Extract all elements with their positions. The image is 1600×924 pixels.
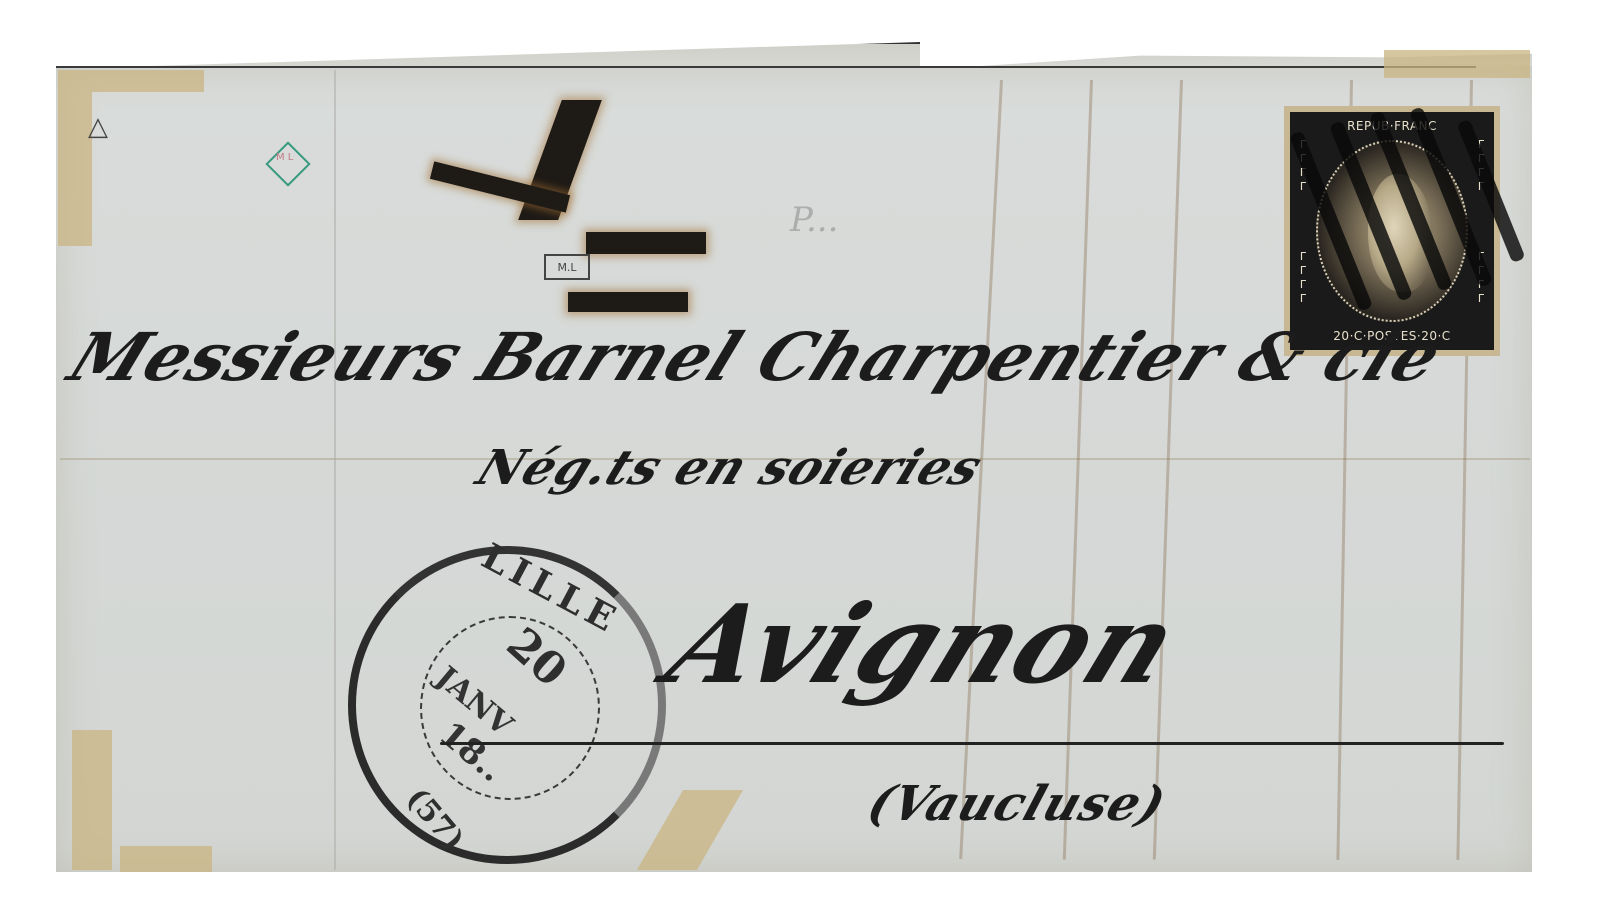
- cover-top-edge: [56, 66, 1476, 68]
- diamond-handstamp-text: M L: [276, 152, 293, 163]
- tape-remnant: [120, 846, 212, 872]
- pencil-triangle-mark: △: [88, 112, 108, 142]
- fold-line-vertical: [334, 70, 336, 870]
- pencil-note: P...: [790, 200, 838, 240]
- tape-remnant: [92, 70, 204, 92]
- lille-cds-postmark: LILLE 20 JANV 18.. (57): [348, 546, 666, 864]
- boxed-ml-mark: M.L: [544, 254, 590, 280]
- address-underline: [440, 742, 1504, 745]
- l-marking-stroke: [568, 292, 688, 312]
- l-marking-stroke: [586, 232, 706, 254]
- tape-remnant: [58, 70, 92, 246]
- tape-remnant: [72, 730, 112, 870]
- address-line-3: Avignon: [651, 582, 1197, 708]
- address-line-2: Nég.ts en soieries: [469, 440, 991, 496]
- address-line-4: (Vaucluse): [861, 776, 1173, 832]
- address-line-1: Messieurs Barnel Charpentier & cie: [58, 318, 1453, 396]
- tape-remnant: [1384, 50, 1530, 78]
